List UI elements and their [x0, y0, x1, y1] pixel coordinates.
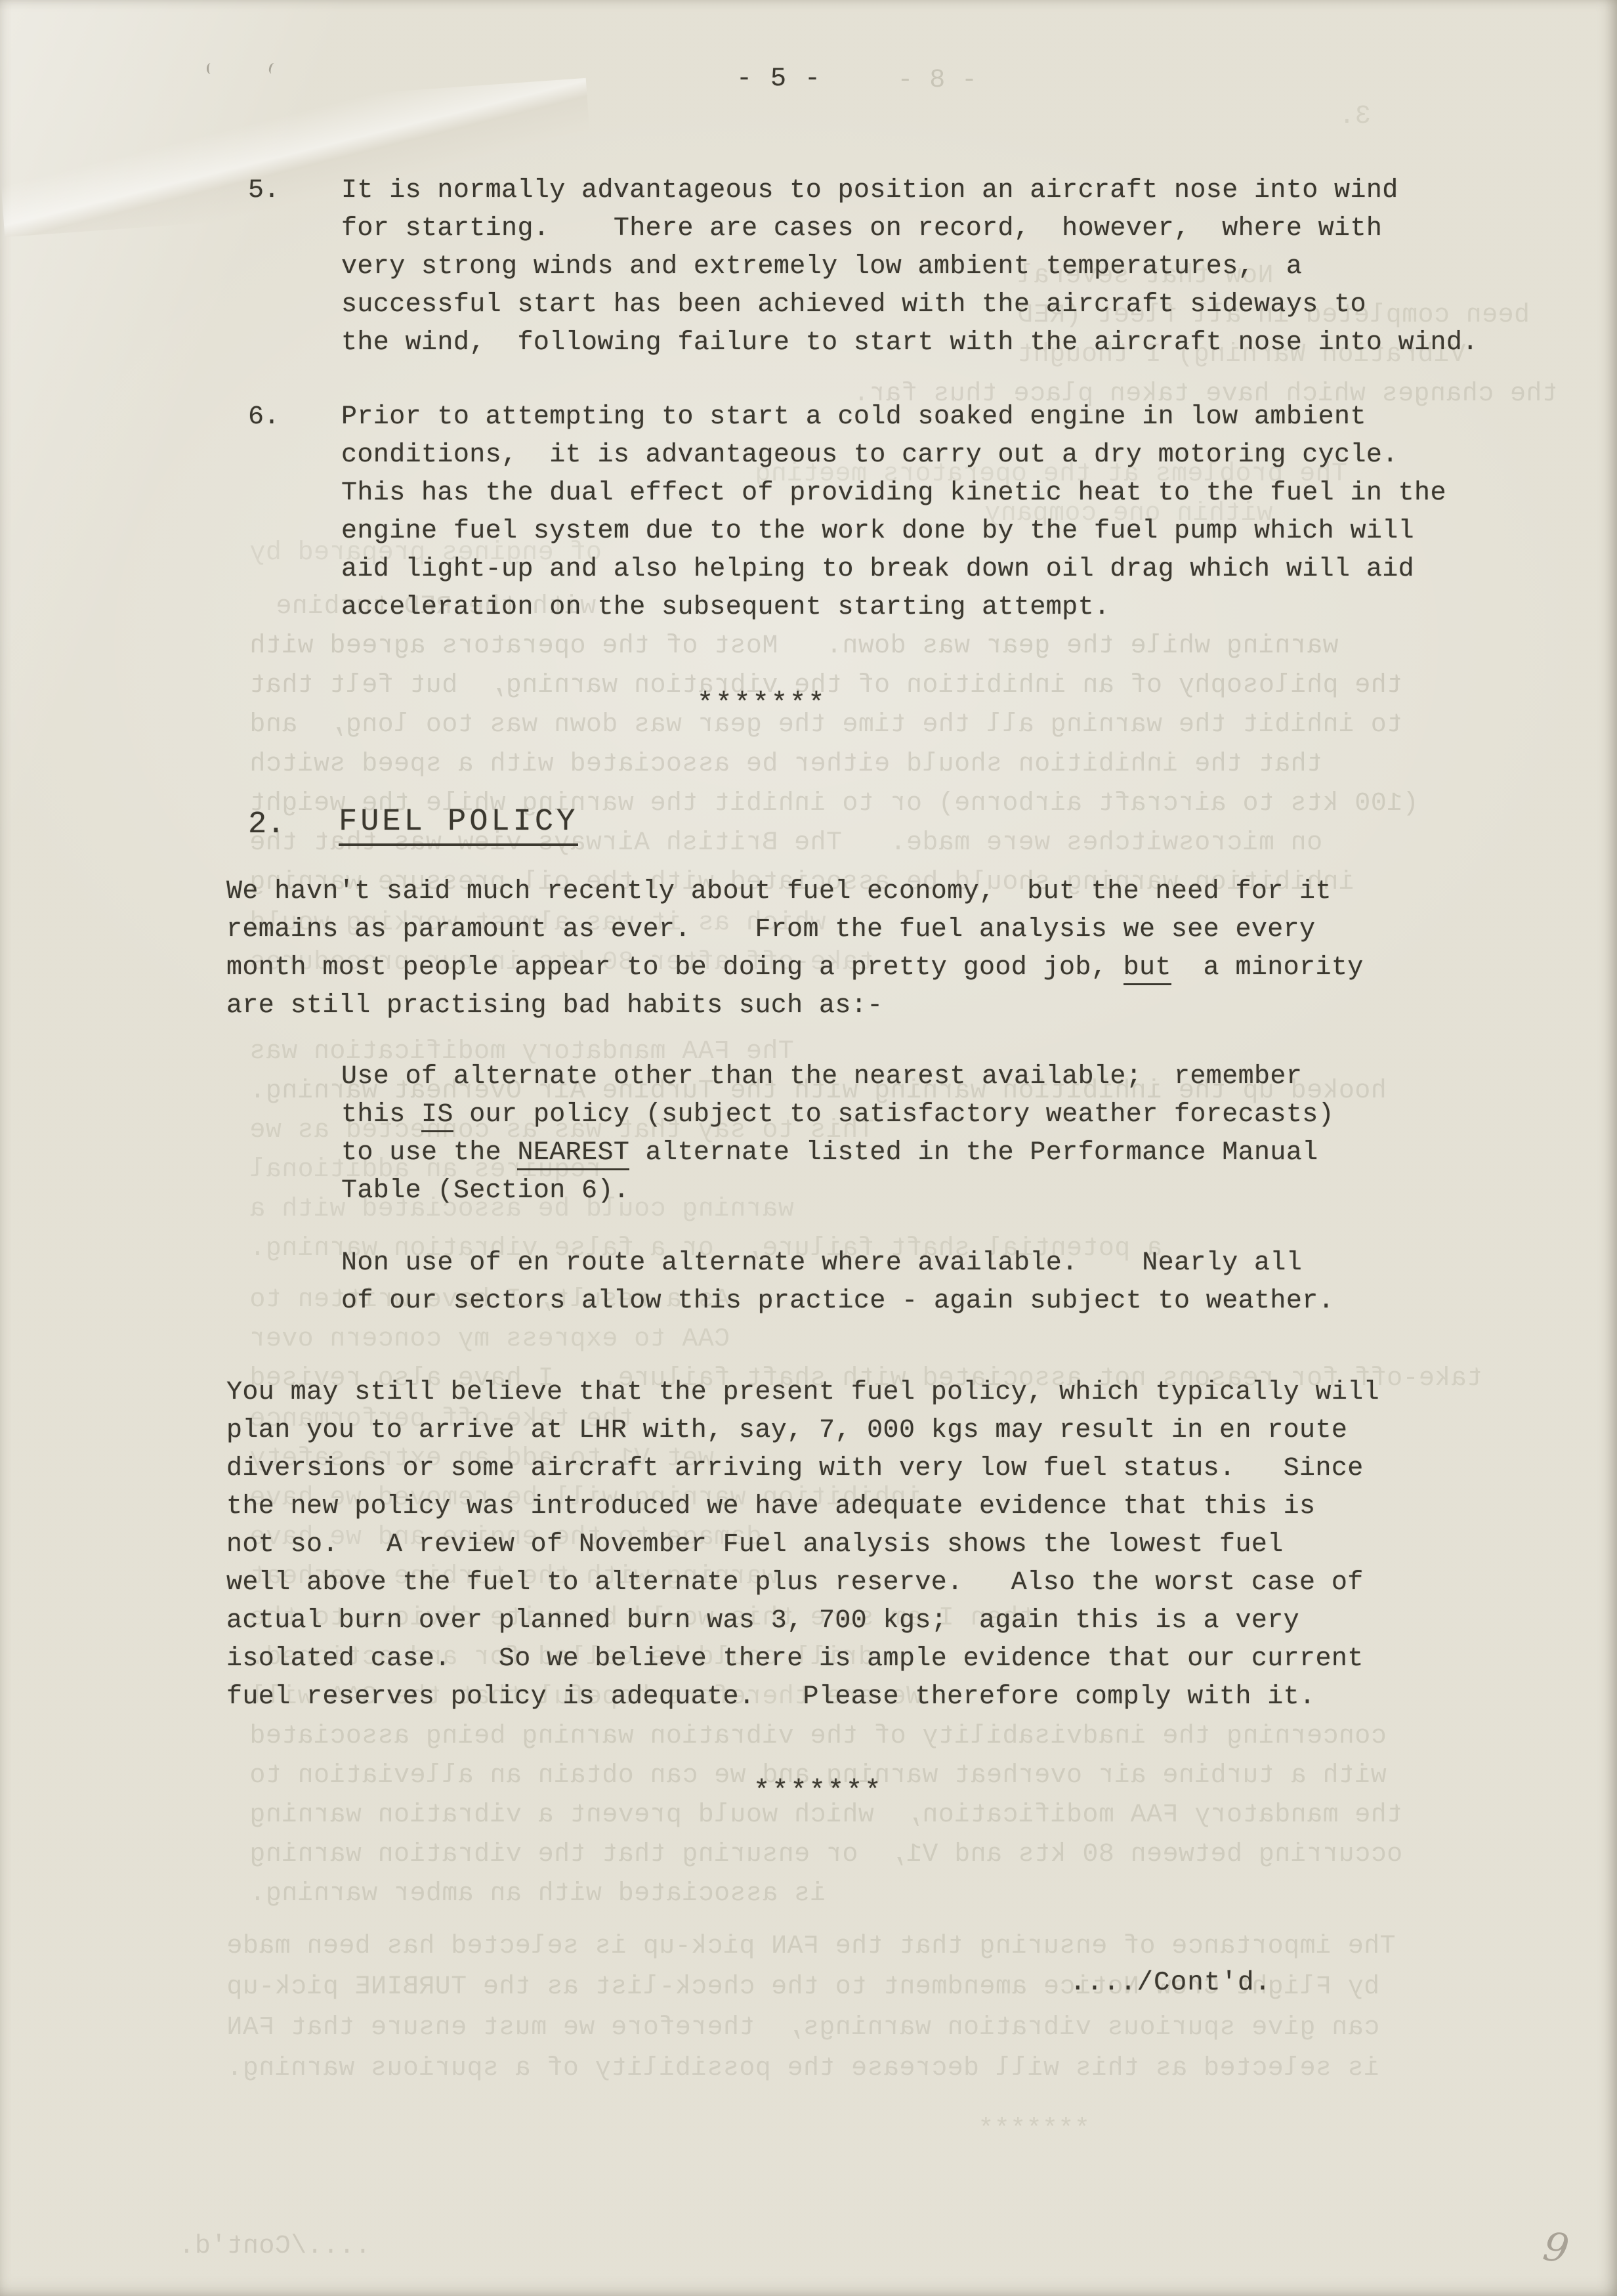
bleed-text-line: - 8 - [897, 66, 977, 95]
text-segment: a minority [1171, 953, 1364, 983]
page-number: - 5 - [736, 64, 822, 94]
underlined-text: NEAREST [517, 1138, 629, 1170]
bad-habit-enroute: Non use of en route alternate where avai… [341, 1244, 1334, 1321]
text-line: This has the dual effect of providing ki… [341, 475, 1446, 513]
text-line: this IS our policy (subject to satisfact… [341, 1096, 1334, 1134]
item-5-text: It is normally advantageous to position … [341, 172, 1479, 362]
bleed-text-line: concerning the inadvisability of the vib… [249, 1722, 1387, 1751]
text-line: isolated case. So we believe there is am… [226, 1640, 1379, 1678]
text-line: successful start has been achieved with … [341, 286, 1479, 324]
text-line: the wind, following failure to start wit… [341, 324, 1479, 362]
fuel-policy-body: You may still believe that the present f… [226, 1374, 1379, 1716]
text-line: of our sectors allow this practice - aga… [341, 1283, 1334, 1321]
bleed-text-line: The importance of ensuring that the FAN … [226, 1932, 1396, 1961]
text-segment: our policy (subject to satisfactory weat… [453, 1100, 1334, 1130]
item-6-text: Prior to attempting to start a cold soak… [341, 398, 1446, 627]
text-line: actual burn over planned burn was 3, 700… [226, 1602, 1379, 1640]
text-line: conditions, it is advantageous to carry … [341, 436, 1446, 475]
text-line: plan you to arrive at LHR with, say, 7, … [226, 1412, 1379, 1450]
underlined-text: IS [421, 1100, 453, 1132]
text-segment: to use the [341, 1138, 517, 1168]
bleed-text-line: ******* [978, 2115, 1090, 2144]
asterisk-separator-top: ******* [697, 688, 826, 719]
text-line: engine fuel system due to the work done … [341, 513, 1446, 551]
text-line: Use of alternate other than the nearest … [341, 1058, 1334, 1096]
text-line: Prior to attempting to start a cold soak… [341, 398, 1446, 436]
section-title: FUEL POLICY [339, 805, 578, 846]
bleed-text-line: CAA to express my concern over [249, 1325, 730, 1354]
continuation-mark: ..../Cont'd. [1070, 1968, 1271, 1998]
asterisk-separator-bottom: ******* [753, 1775, 883, 1807]
text-line: are still practising bad habits such as:… [226, 987, 1364, 1025]
text-line: the new policy was introduced we have ad… [226, 1488, 1379, 1526]
text-line: acceleration on the subsequent starting … [341, 589, 1446, 627]
text-line: Non use of en route alternate where avai… [341, 1244, 1334, 1283]
text-line: well above the fuel to alternate plus re… [226, 1564, 1379, 1602]
bad-habit-alternate: Use of alternate other than the nearest … [341, 1058, 1334, 1210]
bleed-text-line: is selected as this will decrease the po… [226, 2054, 1379, 2083]
pencil-page-number: 9 [1540, 2223, 1572, 2272]
section-number: 2. [248, 807, 285, 842]
text-line: We havn't said much recently about fuel … [226, 873, 1364, 911]
text-line: aid light-up and also helping to break d… [341, 551, 1446, 589]
bleed-text-line: 3. [1339, 102, 1371, 131]
text-line: not so. A review of November Fuel analys… [226, 1526, 1379, 1564]
text-line: to use the NEAREST alternate listed in t… [341, 1134, 1334, 1172]
document-page: - 8 -3.Now that severalbeen completed in… [0, 0, 1617, 2296]
item-number-6: 6. [248, 402, 280, 432]
text-line: very strong winds and extremely low ambi… [341, 248, 1479, 286]
bleed-text-line: ..../Cont'd. [178, 2232, 371, 2261]
staple-mark [207, 63, 215, 74]
bleed-text-line: is associated with an amber warning. [249, 1879, 826, 1909]
fuel-policy-intro: We havn't said much recently about fuel … [226, 873, 1364, 1025]
text-segment: month most people appear to be doing a p… [226, 953, 1123, 983]
text-line: You may still believe that the present f… [226, 1374, 1379, 1412]
text-line: remains as paramount as ever. From the f… [226, 911, 1364, 949]
bleed-text-line: that the inhibition should either be ass… [249, 750, 1322, 779]
text-line: Table (Section 6). [341, 1172, 1334, 1210]
bleed-text-line: occurring between 80 kts and V1, or ensu… [249, 1840, 1402, 1869]
text-line: diversions or some aircraft arriving wit… [226, 1450, 1379, 1488]
staple-mark [268, 62, 278, 75]
text-line: for starting. There are cases on record,… [341, 210, 1479, 248]
item-number-5: 5. [248, 176, 280, 205]
text-line: fuel reserves policy is adequate. Please… [226, 1678, 1379, 1716]
bleed-text-line: warning while the gear was down. Most of… [249, 631, 1338, 661]
text-segment: this [341, 1100, 421, 1130]
text-segment: alternate listed in the Performance Manu… [629, 1138, 1318, 1168]
bleed-text-line: can give spurious vibration warnings, th… [226, 2013, 1379, 2043]
text-line: It is normally advantageous to position … [341, 172, 1479, 210]
underlined-text: but [1123, 953, 1171, 985]
text-line: month most people appear to be doing a p… [226, 949, 1364, 987]
